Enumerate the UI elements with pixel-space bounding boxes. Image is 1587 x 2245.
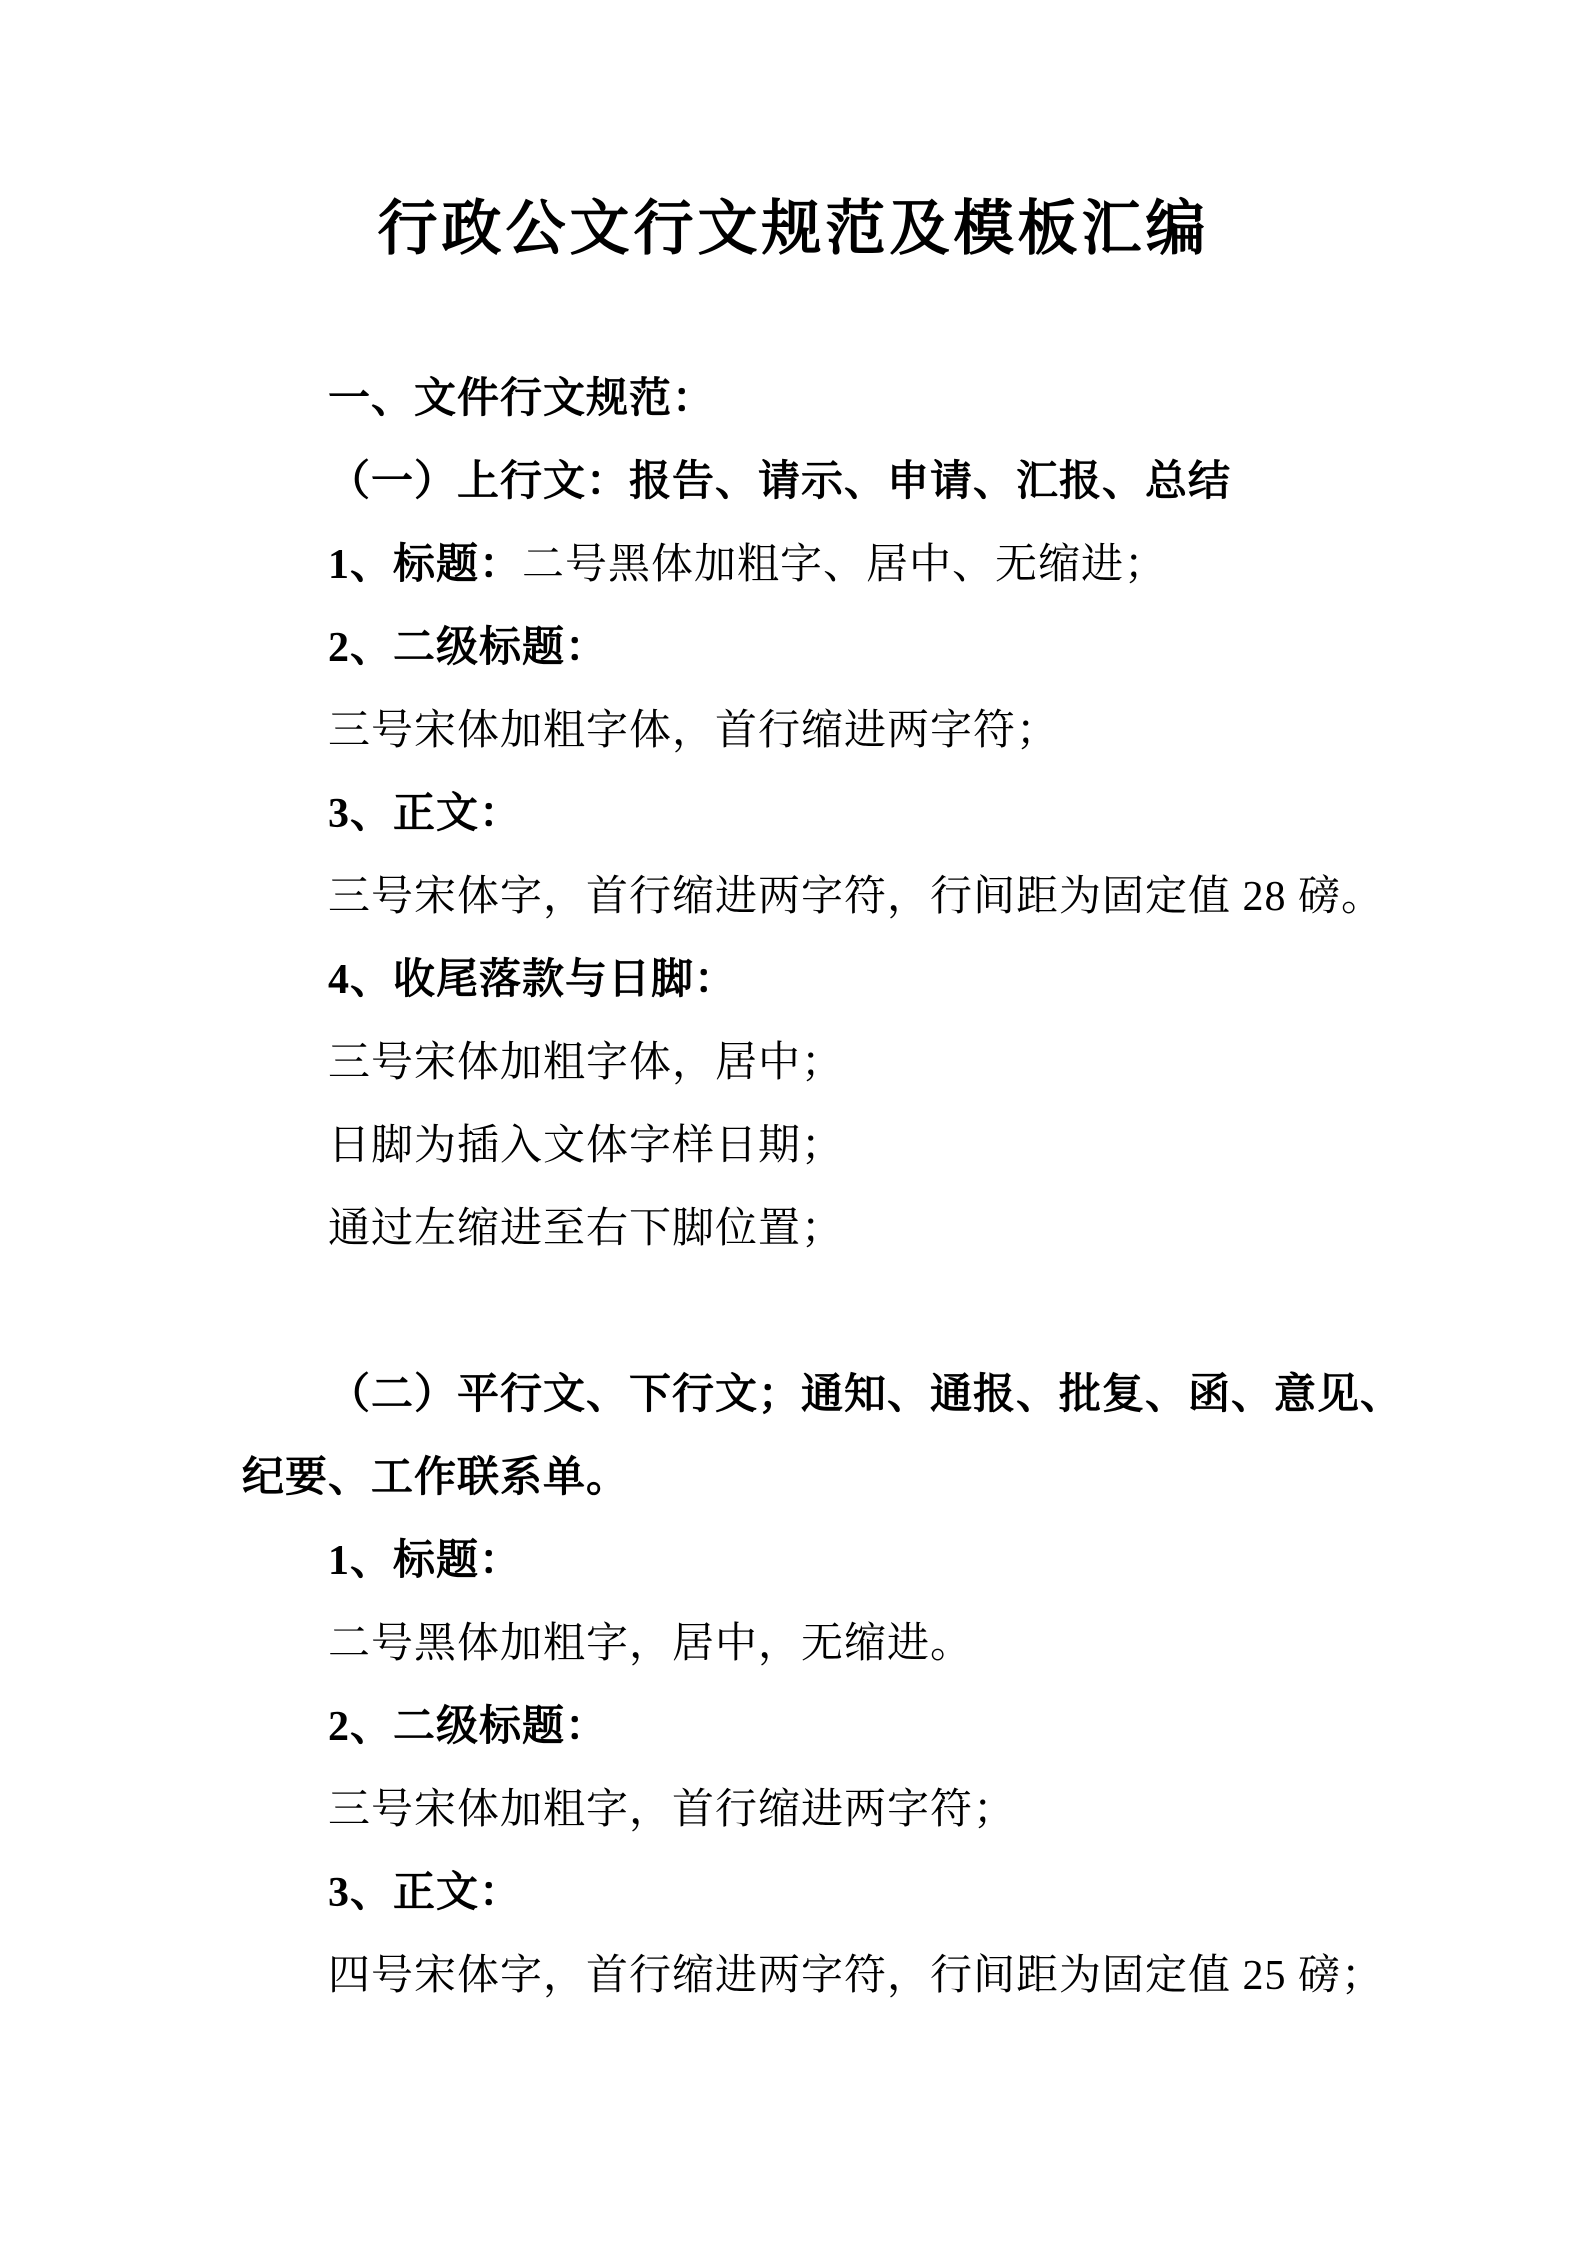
text-segment: 三号宋体字，首行缩进两字符，行间距为固定值 28 磅。 — [328, 874, 1384, 920]
document-line: 1、标题：二号黑体加粗字、居中、无缩进； — [242, 524, 1345, 607]
document-line: 1、标题： — [242, 1520, 1345, 1603]
document-line: 3、正文： — [242, 773, 1345, 856]
text-segment: 三号宋体加粗字，首行缩进两字符； — [328, 1787, 1016, 1833]
document-line: 4、收尾落款与日脚： — [242, 939, 1345, 1022]
text-segment: 四号宋体字，首行缩进两字符，行间距为固定值 25 磅； — [328, 1953, 1384, 1999]
document-line: 日脚为插入文体字样日期； — [242, 1105, 1345, 1188]
document-line: 三号宋体字，首行缩进两字符，行间距为固定值 28 磅。 — [242, 856, 1345, 939]
document-line: 2、二级标题： — [242, 607, 1345, 690]
text-segment: 三号宋体加粗字体，首行缩进两字符； — [328, 708, 1059, 754]
text-segment: 3、正文： — [328, 1870, 522, 1916]
text-segment: 日脚为插入文体字样日期； — [328, 1123, 844, 1169]
document-content: 行政公文行文规范及模板汇编 一、文件行文规范：（一）上行文：报告、请示、申请、汇… — [242, 0, 1345, 2018]
document-line: 纪要、工作联系单。 — [242, 1437, 1345, 1520]
text-segment: 二号黑体加粗字、居中、无缩进； — [522, 542, 1167, 588]
text-segment: 1、标题： — [328, 1538, 522, 1584]
text-segment: （一）上行文：报告、请示、申请、汇报、总结 — [328, 459, 1231, 505]
text-segment: 4、收尾落款与日脚： — [328, 957, 737, 1003]
document-line: 一、文件行文规范： — [242, 358, 1345, 441]
text-segment: 三号宋体加粗字体，居中； — [328, 1040, 844, 1086]
document-line: 三号宋体加粗字体，首行缩进两字符； — [242, 690, 1345, 773]
document-line: 3、正文： — [242, 1852, 1345, 1935]
document-body: 一、文件行文规范：（一）上行文：报告、请示、申请、汇报、总结1、标题：二号黑体加… — [242, 358, 1345, 2018]
document-page: 行政公文行文规范及模板汇编 一、文件行文规范：（一）上行文：报告、请示、申请、汇… — [0, 0, 1587, 2245]
text-segment: 纪要、工作联系单。 — [242, 1455, 629, 1501]
document-title: 行政公文行文规范及模板汇编 — [242, 188, 1345, 271]
document-line: （二）平行文、下行文；通知、通报、批复、函、意见、 — [242, 1354, 1345, 1437]
document-line: （一）上行文：报告、请示、申请、汇报、总结 — [242, 441, 1345, 524]
document-line: 三号宋体加粗字体，居中； — [242, 1022, 1345, 1105]
text-segment: 2、二级标题： — [328, 1704, 608, 1750]
text-segment: 3、正文： — [328, 791, 522, 837]
text-segment: 二号黑体加粗字，居中，无缩进。 — [328, 1621, 973, 1667]
document-line: 通过左缩进至右下脚位置； — [242, 1188, 1345, 1271]
text-segment: 通过左缩进至右下脚位置； — [328, 1206, 844, 1252]
document-line: 2、二级标题： — [242, 1686, 1345, 1769]
text-segment: 一、文件行文规范： — [328, 376, 715, 422]
document-line: 三号宋体加粗字，首行缩进两字符； — [242, 1769, 1345, 1852]
text-segment: （二）平行文、下行文；通知、通报、批复、函、意见、 — [328, 1372, 1403, 1418]
document-line: 二号黑体加粗字，居中，无缩进。 — [242, 1603, 1345, 1686]
blank-line — [242, 1271, 1345, 1354]
text-segment: 1、标题： — [328, 542, 522, 588]
document-line: 四号宋体字，首行缩进两字符，行间距为固定值 25 磅； — [242, 1935, 1345, 2018]
text-segment: 2、二级标题： — [328, 625, 608, 671]
